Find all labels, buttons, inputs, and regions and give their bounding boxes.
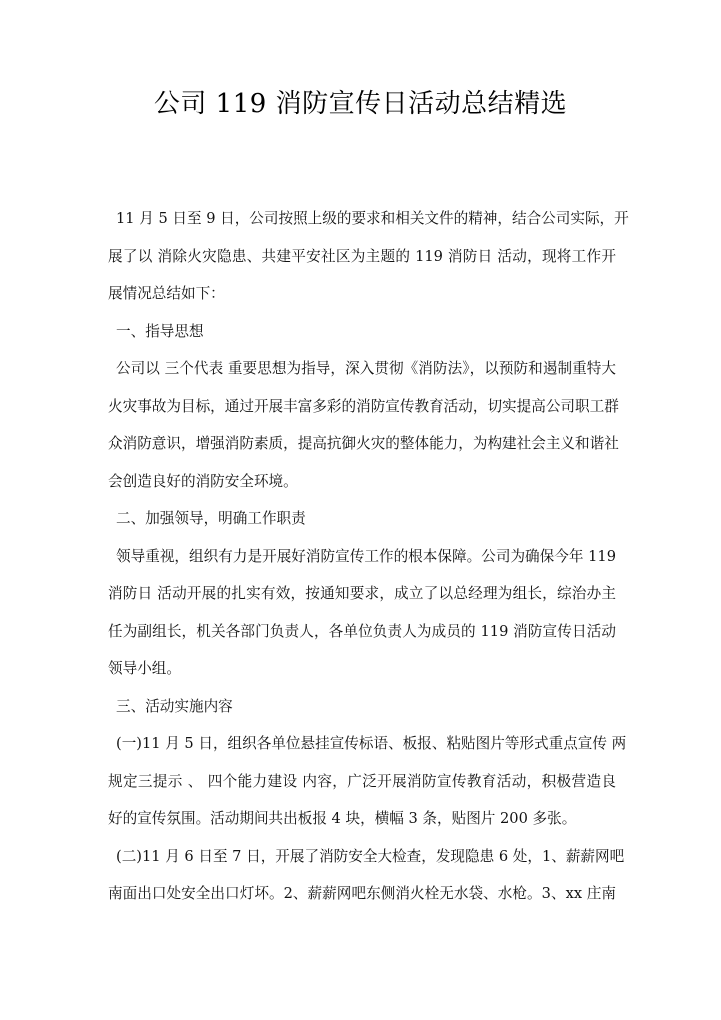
- text-line: 众消防意识，增强消防素质，提高抗御火灾的整体能力，为构建社会主义和谐社: [108, 425, 616, 463]
- section-heading-activities: 三、活动实施内容: [108, 688, 616, 726]
- document-page: 公司 119 消防宣传日活动总结精选 11 月 5 日至 9 日，公司按照上级的…: [0, 0, 721, 1020]
- section-heading: 二、加强领导，明确工作职责: [108, 500, 616, 538]
- section-heading-guiding-ideology: 一、指导思想: [108, 313, 616, 351]
- text-line: 火灾事故为目标，通过开展丰富多彩的消防宣传教育活动，切实提高公司职工群: [108, 388, 616, 426]
- text-line: 展情况总结如下：: [108, 275, 616, 313]
- paragraph-activity-1: (一)11 月 5 日，组织各单位悬挂宣传标语、板报、粘贴图片等形式重点宣传 两…: [108, 725, 616, 838]
- text-line: 规定三提示 、 四个能力建设 内容，广泛开展消防宣传教育活动，积极营造良: [108, 763, 616, 801]
- paragraph-leadership: 领导重视，组织有力是开展好消防宣传工作的根本保障。公司为确保今年 119 消防日…: [108, 538, 616, 688]
- document-title: 公司 119 消防宣传日活动总结精选: [0, 86, 721, 122]
- paragraph-activity-2: (二)11 月 6 日至 7 日，开展了消防安全大检查，发现隐患 6 处，1、薪…: [108, 838, 616, 913]
- section-heading: 三、活动实施内容: [108, 688, 616, 726]
- section-heading: 一、指导思想: [108, 313, 616, 351]
- text-line: 领导重视，组织有力是开展好消防宣传工作的根本保障。公司为确保今年 119: [108, 538, 616, 576]
- paragraph-guiding-ideology: 公司以 三个代表 重要思想为指导，深入贯彻《消防法》，以预防和遏制重特大 火灾事…: [108, 350, 616, 500]
- text-line: (二)11 月 6 日至 7 日，开展了消防安全大检查，发现隐患 6 处，1、薪…: [108, 838, 616, 876]
- text-line: 南面出口处安全出口灯坏。2、薪薪网吧东侧消火栓无水袋、水枪。3、xx 庄南: [108, 875, 616, 913]
- text-line: 会创造良好的消防安全环境。: [108, 463, 616, 501]
- text-line: (一)11 月 5 日，组织各单位悬挂宣传标语、板报、粘贴图片等形式重点宣传 两: [108, 725, 616, 763]
- text-line: 任为副组长，机关各部门负责人，各单位负责人为成员的 119 消防宣传日活动: [108, 613, 616, 651]
- document-body: 11 月 5 日至 9 日，公司按照上级的要求和相关文件的精神，结合公司实际，开…: [108, 200, 616, 913]
- paragraph-intro: 11 月 5 日至 9 日，公司按照上级的要求和相关文件的精神，结合公司实际，开…: [108, 200, 616, 313]
- text-line: 11 月 5 日至 9 日，公司按照上级的要求和相关文件的精神，结合公司实际，开: [108, 200, 616, 238]
- text-line: 展了以 消除火灾隐患、共建平安社区为主题的 119 消防日 活动，现将工作开: [108, 238, 616, 276]
- text-line: 好的宣传氛围。活动期间共出板报 4 块，横幅 3 条，贴图片 200 多张。: [108, 800, 616, 838]
- text-line: 公司以 三个代表 重要思想为指导，深入贯彻《消防法》，以预防和遏制重特大: [108, 350, 616, 388]
- text-line: 消防日 活动开展的扎实有效，按通知要求，成立了以总经理为组长，综治办主: [108, 575, 616, 613]
- text-line: 领导小组。: [108, 650, 616, 688]
- section-heading-leadership: 二、加强领导，明确工作职责: [108, 500, 616, 538]
